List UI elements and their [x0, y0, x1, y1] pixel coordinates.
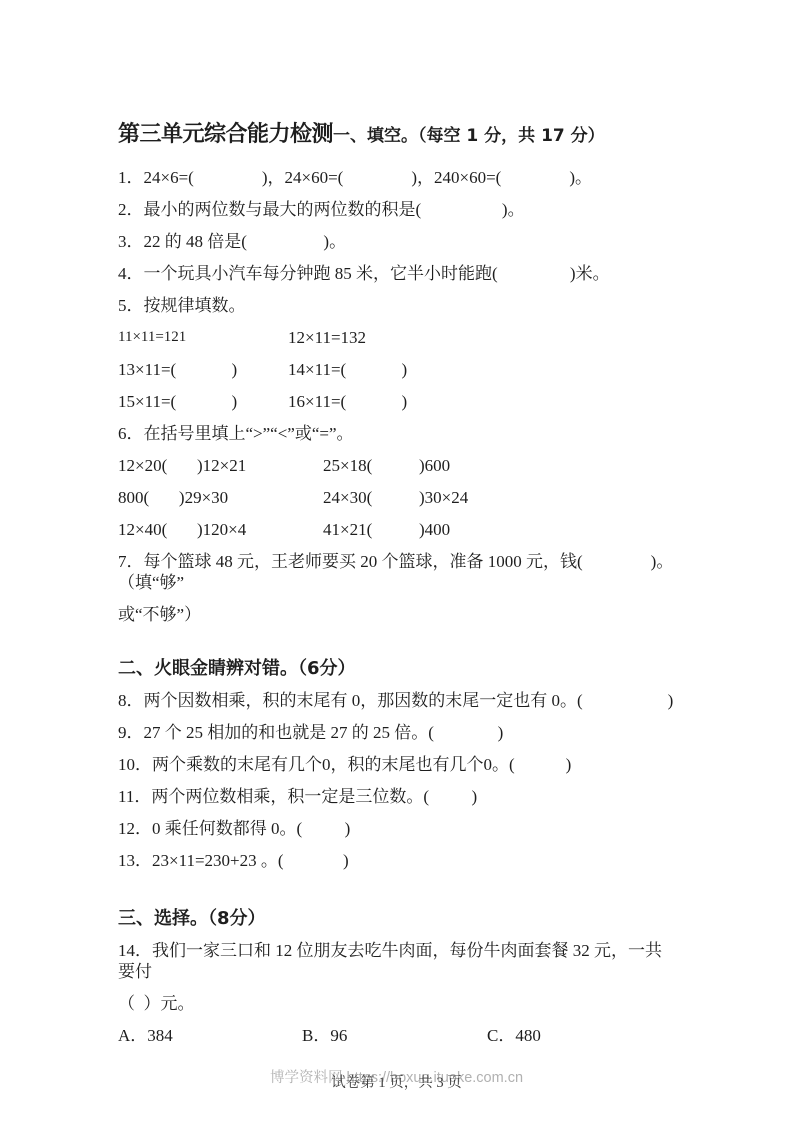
test-paper-page: 第三单元综合能力检测一、填空。（每空 1 分，共 17 分） 1．24×6=( … [0, 0, 793, 1122]
question-9: 9．27 个 25 相加的和也就是 27 的 25 倍。( ) [118, 722, 678, 743]
question-10: 10．两个乘数的末尾有几个0，积的末尾也有几个0。( ) [118, 754, 678, 775]
question-7-line-2: 或“不够”） [118, 604, 678, 625]
question-5: 5．按规律填数。 [118, 295, 678, 316]
pattern-row-1: 11×11=121 12×11=132 [118, 327, 678, 348]
option-a: A．384 [118, 1025, 302, 1046]
section-judge-heading: 二、火眼金睛辨对错。（6分） [118, 658, 678, 679]
option-b: B．96 [302, 1025, 487, 1046]
section-choice-heading: 三、选择。（8分） [118, 908, 678, 929]
compare-right: 41×21( )400 [323, 519, 450, 540]
question-12: 12．0 乘任何数都得 0。( ) [118, 818, 678, 839]
question-14-line-1: 14．我们一家三口和 12 位朋友去吃牛肉面，每份牛肉面套餐 32 元，一共要付 [118, 940, 678, 982]
page-footer: 博学资料网 https://boxue.ituoke.com.cn 试卷第 1 … [0, 1062, 793, 1096]
pattern-eq-right: 12×11=132 [288, 327, 366, 348]
compare-row-1: 12×20( )12×21 25×18( )600 [118, 455, 678, 476]
section-gap [118, 636, 678, 658]
pattern-eq-left: 11×11=121 [118, 327, 288, 348]
paper-title-row: 第三单元综合能力检测一、填空。（每空 1 分，共 17 分） [118, 120, 678, 151]
question-4: 4．一个玩具小汽车每分钟跑 85 米，它半小时能跑( )米。 [118, 263, 678, 284]
option-c: C．480 [487, 1025, 541, 1046]
question-8: 8．两个因数相乘，积的末尾有 0，那因数的末尾一定也有 0。( ) [118, 690, 678, 711]
page-number-text: 试卷第 1 页，共 3 页 [331, 1071, 462, 1092]
compare-row-3: 12×40( )120×4 41×21( )400 [118, 519, 678, 540]
pattern-eq-left: 15×11=( ) [118, 391, 288, 412]
question-6: 6．在括号里填上“>”“<”或“=”。 [118, 423, 678, 444]
question-7-line-1: 7．每个篮球 48 元，王老师要买 20 个篮球，准备 1000 元，钱( )。… [118, 551, 678, 593]
compare-right: 25×18( )600 [323, 455, 450, 476]
question-1: 1．24×6=( )，24×60=( )，240×60=( )。 [118, 167, 678, 188]
pattern-row-3: 15×11=( ) 16×11=( ) [118, 391, 678, 412]
compare-row-2: 800( )29×30 24×30( )30×24 [118, 487, 678, 508]
section-gap [118, 882, 678, 908]
question-13: 13．23×11=230+23 。( ) [118, 850, 678, 871]
unit-title: 第三单元综合能力检测 [118, 120, 333, 150]
question-14-line-2: （ ）元。 [118, 993, 678, 1014]
compare-left: 800( )29×30 [118, 487, 323, 508]
paper-content: 第三单元综合能力检测一、填空。（每空 1 分，共 17 分） 1．24×6=( … [118, 120, 678, 1057]
question-3: 3．22 的 48 倍是( )。 [118, 231, 678, 252]
pattern-row-2: 13×11=( ) 14×11=( ) [118, 359, 678, 380]
pattern-eq-right: 14×11=( ) [288, 359, 407, 380]
compare-left: 12×20( )12×21 [118, 455, 323, 476]
compare-left: 12×40( )120×4 [118, 519, 323, 540]
question-11: 11．两个两位数相乘，积一定是三位数。( ) [118, 786, 678, 807]
question-2: 2．最小的两位数与最大的两位数的积是( )。 [118, 199, 678, 220]
choice-options-row: A．384 B．96 C．480 [118, 1025, 678, 1046]
compare-right: 24×30( )30×24 [323, 487, 468, 508]
section-fill-heading: 一、填空。（每空 1 分，共 17 分） [333, 121, 605, 151]
pattern-eq-left: 13×11=( ) [118, 359, 288, 380]
pattern-eq-right: 16×11=( ) [288, 391, 407, 412]
